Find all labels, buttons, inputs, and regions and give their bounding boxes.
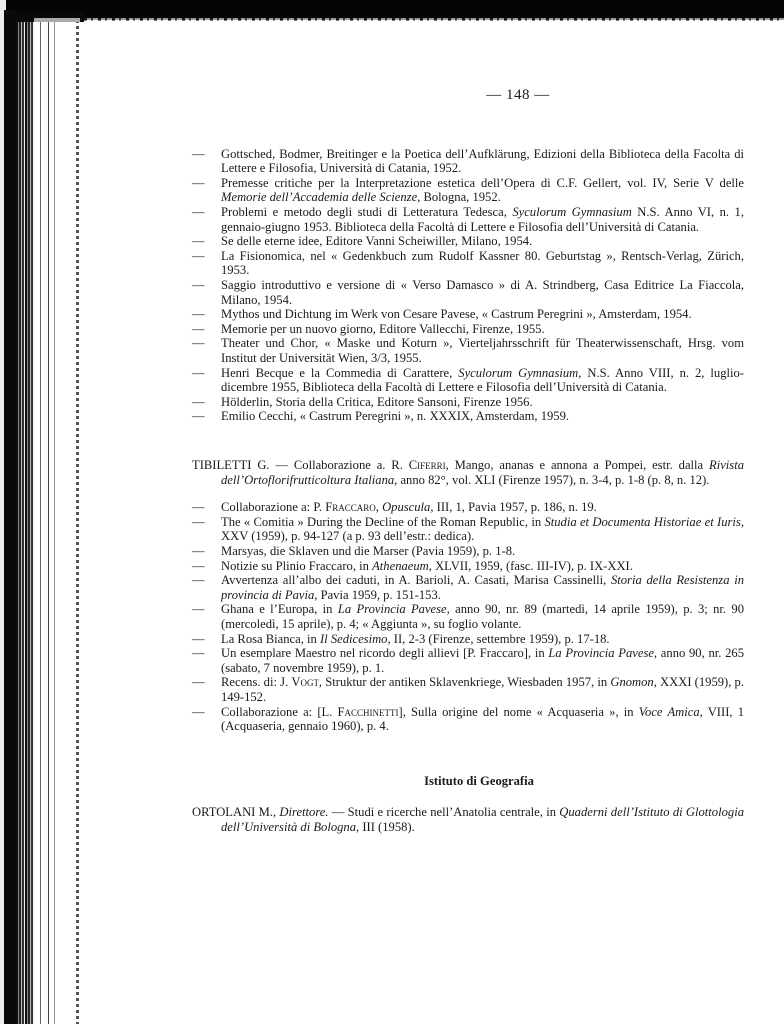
section-heading: Istituto di Geografia xyxy=(214,774,744,789)
bibliography-entry: —Collaborazione a: P. Fraccaro, Opuscula… xyxy=(192,500,744,515)
bibliography-entry: —Hölderlin, Storia della Critica, Editor… xyxy=(192,395,744,410)
bibliography-entry: —Collaborazione a: [L. Facchinetti], Sul… xyxy=(192,705,744,734)
bibliography-entry: —Problemi e metodo degli studi di Letter… xyxy=(192,205,744,234)
spacer xyxy=(192,424,744,446)
author-name: ORTOLANI M., xyxy=(192,805,276,819)
scan-top-edge xyxy=(0,0,784,20)
author-entry: TIBILETTI G. — Collaborazione a. R. Cife… xyxy=(192,458,744,487)
bibliography-entry: —Ghana e l’Europa, in La Provincia Paves… xyxy=(192,602,744,631)
bibliography-entry: —La Fisionomica, nel « Gedenkbuch zum Ru… xyxy=(192,249,744,278)
page-number: — 148 — xyxy=(292,88,744,103)
bibliography-entry: —Premesse critiche per la Interpretazion… xyxy=(192,176,744,205)
bibliography-entry: —Emilio Cecchi, « Castrum Peregrini », n… xyxy=(192,409,744,424)
bibliography-entry: —Avvertenza all’albo dei caduti, in A. B… xyxy=(192,573,744,602)
bibliography-entry: —Henri Becque e la Commedia di Carattere… xyxy=(192,366,744,395)
bibliography-entry: —Gottsched, Bodmer, Breitinger e la Poet… xyxy=(192,147,744,176)
bibliography-entry: —Un esemplare Maestro nel ricordo degli … xyxy=(192,646,744,675)
bibliography-entry: —Recens. di: J. Vogt, Struktur der antik… xyxy=(192,675,744,704)
page-content: — 148 — —Gottsched, Bodmer, Breitinger e… xyxy=(192,88,744,847)
bibliography-entry: —Se delle eterne idee, Editore Vanni Sch… xyxy=(192,234,744,249)
bibliography-entry: —Saggio introduttivo e versione di « Ver… xyxy=(192,278,744,307)
bibliography-entry: —Theater und Chor, « Maske und Koturn »,… xyxy=(192,336,744,365)
bibliography-entry: —Marsyas, die Sklaven und die Marser (Pa… xyxy=(192,544,744,559)
bibliography-entry: —Mythos und Dichtung im Werk von Cesare … xyxy=(192,307,744,322)
bibliography-block-tibiletti: TIBILETTI G. — Collaborazione a. R. Cife… xyxy=(192,458,744,733)
bibliography-entry: —Memorie per un nuovo giorno, Editore Va… xyxy=(192,322,744,337)
book-binding-edge xyxy=(0,0,82,1024)
bibliography-block-1: —Gottsched, Bodmer, Breitinger e la Poet… xyxy=(192,147,744,424)
author-name: TIBILETTI G. xyxy=(192,458,270,472)
author-entry: ORTOLANI M., Direttore. — Studi e ricerc… xyxy=(192,805,744,834)
bibliography-entry: —Notizie su Plinio Fraccaro, in Athenaeu… xyxy=(192,559,744,574)
scan-top-edge-noise xyxy=(0,18,784,21)
bibliography-entry: —La Rosa Bianca, in Il Sedicesimo, II, 2… xyxy=(192,632,744,647)
bibliography-entry: —The « Comitia » During the Decline of t… xyxy=(192,515,744,544)
